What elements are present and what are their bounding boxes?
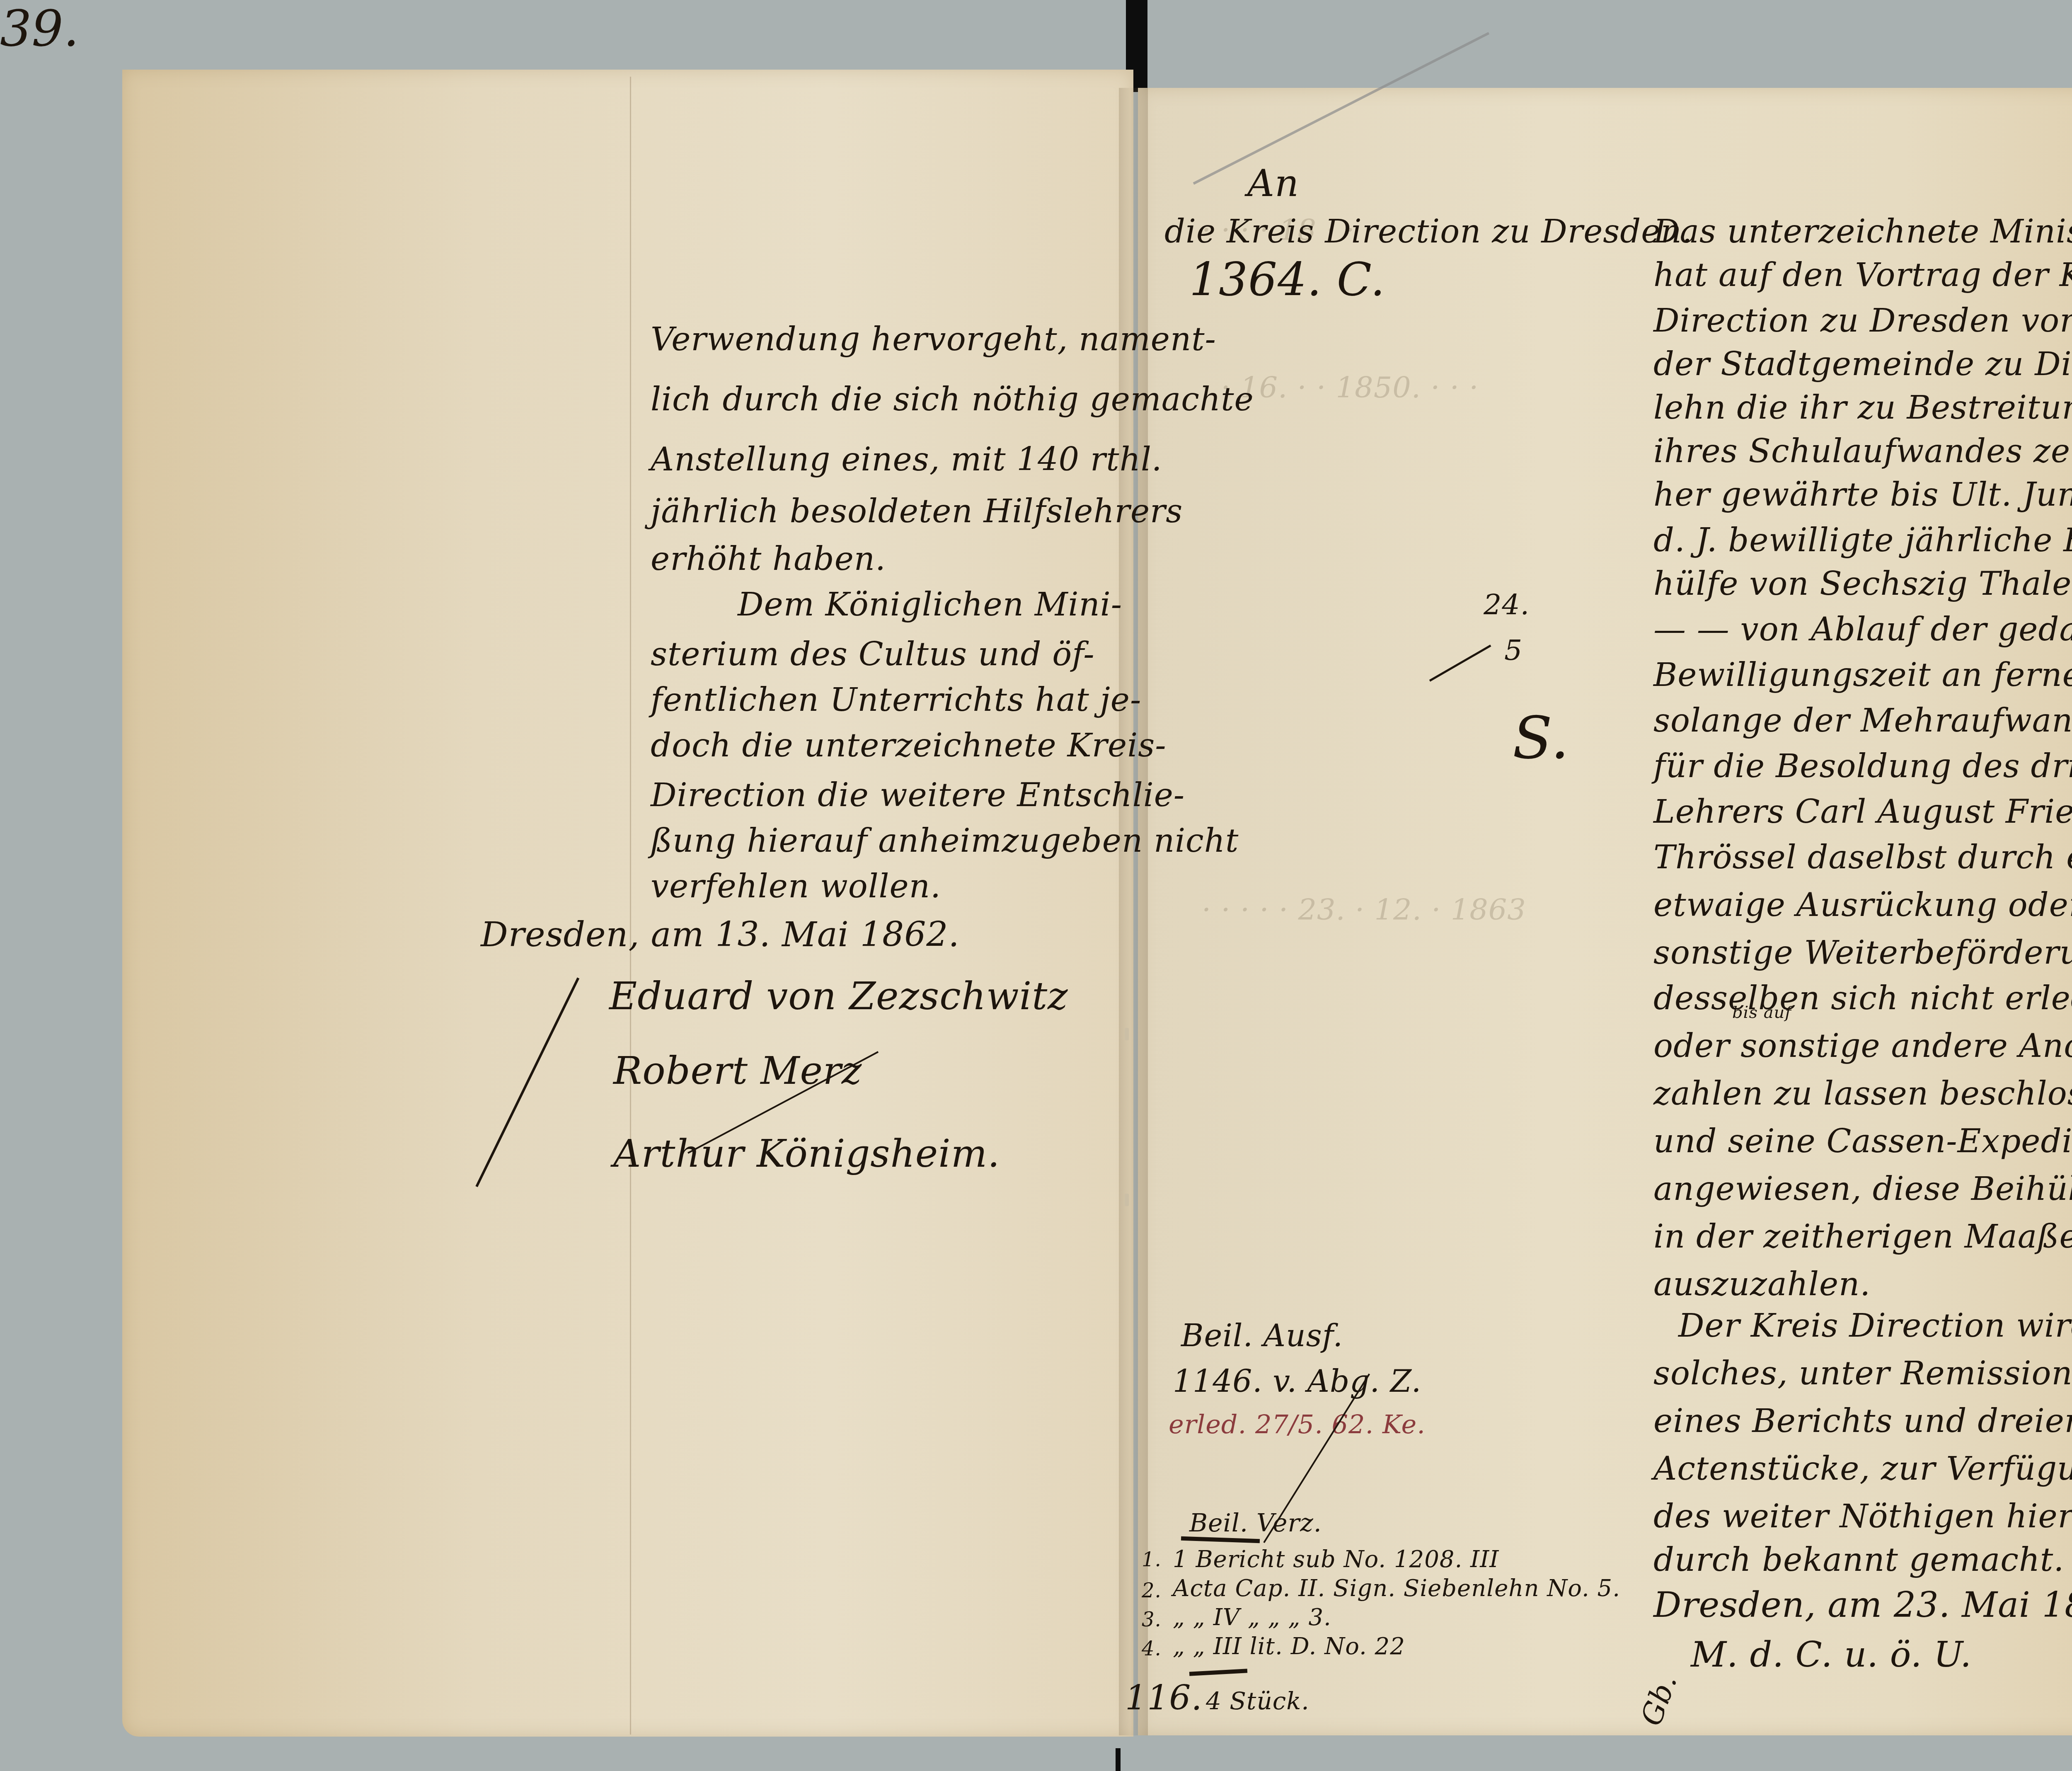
left-page [122,70,1133,1737]
text-line: — — von Ablauf der gedachten [1653,613,2072,646]
text-line: Dem Königlichen Mini- [738,589,1122,621]
binding-strip-bottom [1116,1748,1121,1771]
text-line: Direction zu Dresden vom 13. d. M. [1653,305,2072,337]
signature: Arthur Königsheim. [613,1131,1000,1176]
text-line: ßung hierauf anheimzugeben nicht [651,825,1239,857]
text-line: angewiesen, diese Beihülfe [1653,1173,2072,1205]
enclosure-item: „ „ III lit. D. No. 22 [1173,1633,1405,1660]
text-line: Der Kreis Direction wird [1678,1310,2072,1342]
text-line: lehn die ihr zu Bestreitung [1653,392,2072,424]
registry-note-line: Beil. Ausf. [1181,1318,1343,1354]
enclosure-item: Acta Cap. II. Sign. Siebenlehn No. 5. [1173,1575,1620,1602]
text-line: hülfe von Sechszig Thalern [1653,568,2072,600]
text-line: verfehlen wollen. [651,870,941,903]
text-line: sonstige Weiterbeförderung [1653,937,2072,969]
text-line: her gewährte bis Ult. Juni [1653,479,2072,511]
binding-stitch [1125,1028,1129,1040]
recipient: die Kreis Direction zu Dresden. [1164,216,1692,248]
text-line: in der zeitherigen Maaße [1653,1221,2072,1253]
enclosure-item: „ „ IV „ „ „ 3. [1173,1604,1331,1631]
text-line: des weiter Nöthigen hier- [1653,1500,2072,1533]
text-line: Actenstücke, zur Verfügung [1653,1453,2072,1485]
date-mark-month: 5 [1504,634,1523,667]
margin-number: 116. [1125,1679,1203,1718]
text-line: solches, unter Remission [1653,1357,2072,1390]
date-line: Dresden, am 23. Mai 1862. [1653,1587,2072,1622]
folio-number: 39. [0,0,2072,58]
text-line: doch die unterzeichnete Kreis- [651,729,1167,762]
enclosure-number: 2. [1142,1579,1162,1602]
text-line: durch bekannt gemacht. [1653,1544,2064,1576]
text-line: zahlen zu lassen beschlossen [1653,1078,2072,1110]
text-line: sterium des Cultus und öf- [651,638,1095,671]
text-line: lich durch die sich nöthig gemachte [651,383,1254,416]
text-line: solange der Mehraufwand [1653,705,2072,737]
left-page-fold-line [630,77,631,1735]
text-line: oder sonstige andere Anordnung [1653,1030,2072,1062]
settled-note-red: erled. 27/5. 62. Ke. [1169,1409,1426,1439]
text-line: Bewilligungszeit an fernerhin, [1653,659,2072,691]
text-line: für die Besoldung des dritten [1653,750,2072,783]
text-line: Lehrers Carl August Friedrich [1653,796,2072,828]
ministry-abbreviation: M. d. C. u. ö. U. [1691,1637,1972,1672]
date-line: Dresden, am 13. Mai 1862. [481,918,960,952]
enclosure-total: 4 Stück. [1206,1687,1310,1715]
date-mark-day: 24. [1484,589,1530,621]
text-line: der Stadtgemeinde zu Dieben- [1653,348,2072,380]
text-line: desselben sich nicht erledigt [1653,982,2072,1015]
text-line: Das unterzeichnete Ministerium [1653,216,2072,248]
bleed-through-text: · · · · · 23. · 12. · 1863 [1202,895,1526,924]
enclosure-number: 4. [1142,1637,1162,1660]
text-line: d. J. bewilligte jährliche Bei- [1653,524,2072,557]
text-line: auszuzahlen. [1653,1268,1871,1301]
registry-note-line: 1146. v. Abg. Z. [1173,1364,1421,1399]
text-line: Thrössel daselbst durch eine [1653,841,2072,874]
enclosure-item: 1 Bericht sub No. 1208. III [1173,1546,1499,1573]
reference-number: 1364. C. [1189,253,1385,306]
text-line: Verwendung hervorgeht, nament- [651,323,1216,356]
text-line: hat auf den Vortrag der Kreis- [1653,259,2072,291]
text-line: erhöht haben. [651,543,886,575]
signature: Eduard von Zezschwitz [609,974,1068,1018]
text-line: eines Berichts und dreier [1653,1405,2072,1437]
enclosure-header: Beil. Verz. [1189,1509,1322,1538]
text-line: Anstellung eines, mit 140 rthl. [651,443,1162,476]
text-line: und seine Cassen-Expedition [1653,1125,2072,1158]
enclosure-number: 3. [1142,1608,1162,1631]
text-line: fentlichen Unterrichts hat je- [651,684,1141,716]
text-line: jährlich besoldeten Hilfslehrers [651,495,1183,528]
enclosure-number: 1. [1142,1548,1162,1571]
salutation: An [1247,162,1299,205]
binding-stitch [1125,1194,1129,1206]
interlinear-insert: bis auf [1732,1003,1791,1022]
text-line: Direction die weitere Entschlie- [651,779,1185,812]
text-line: etwaige Ausrückung oder [1653,889,2072,921]
text-line: ihres Schulaufwandes zeit- [1653,435,2072,468]
signature: Robert Merz [613,1049,862,1093]
paraph-monogram: S. [1513,705,1569,772]
